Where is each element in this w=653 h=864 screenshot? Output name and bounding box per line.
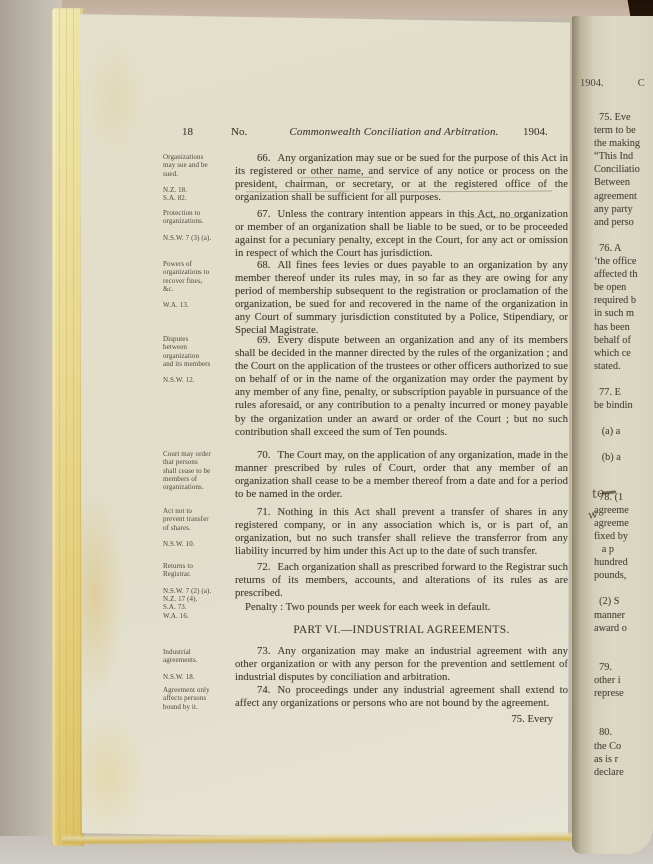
margin-note-68: Powers of organizations to recover fines… [163, 260, 231, 310]
section-number: 70. [257, 449, 271, 461]
section-73: 73.Any organization may make an industri… [235, 645, 568, 684]
margin-note-67: Protection to organizations. N.S.W. 7 (3… [163, 209, 231, 242]
scanned-page: 18 No. Commonwealth Conciliation and Arb… [78, 10, 570, 844]
part-heading: PART VI.—INDUSTRIAL AGREEMENTS. [235, 624, 568, 636]
running-header: 18 No. Commonwealth Conciliation and Arb… [78, 126, 570, 142]
section-number: 68. [257, 259, 271, 271]
pencil-underline [246, 189, 350, 193]
section-70: 70.The Court may, on the application of … [235, 449, 568, 501]
section-number: 69. [257, 334, 271, 346]
next-page-header: 1904. C [580, 78, 645, 89]
running-title: Commonwealth Conciliation and Arbitratio… [235, 126, 553, 138]
section-number: 74. [257, 684, 271, 696]
section-text: Nothing in this Act shall prevent a tran… [235, 506, 568, 557]
margin-note-69: Disputes between organization and its me… [163, 335, 231, 385]
section-number: 67. [257, 208, 271, 220]
margin-note-74: Agreement only affects persons bound by … [163, 686, 231, 711]
margin-note-73: Industrial agreements. N.S.W. 18. [163, 648, 231, 681]
margin-note-70: Court may order that persons shall cease… [163, 450, 231, 491]
section-number: 73. [257, 645, 271, 657]
section-69: 69.Every dispute between an organization… [235, 334, 568, 439]
yellowed-page-edges [52, 8, 84, 846]
section-text: Any organization may sue or be sued for … [235, 152, 568, 203]
year-label: 1904. [523, 126, 548, 138]
section-74: 74.No proceedings under any industrial a… [235, 684, 568, 710]
next-page-partial: 1904. C 75. Eve term to be the making “T… [572, 16, 653, 854]
section-text: All fines fees levies or dues payable to… [235, 259, 568, 336]
next-page-text: 75. Eve term to be the making “This Ind … [594, 111, 640, 779]
section-67: 67.Unless the contrary intention appears… [235, 208, 568, 260]
margin-note-72: Returns to Registrar. N.S.W. 7 (2) (a). … [163, 562, 231, 620]
section-68: 68.All fines fees levies or dues payable… [235, 259, 568, 338]
section-text: Every dispute between an organization an… [235, 334, 568, 438]
section-number: 71. [257, 506, 271, 518]
penalty-clause: Penalty : Two pounds per week for each w… [235, 601, 568, 614]
page-number: 18 [182, 126, 193, 138]
section-number: 66. [257, 152, 271, 164]
section-72: 72.Each organization shall as prescribed… [235, 561, 568, 614]
pencil-underline [300, 175, 374, 178]
paper-stain [84, 40, 144, 160]
catchword: 75. Every [235, 713, 553, 725]
section-66: 66.Any organization may sue or be sued f… [235, 152, 568, 204]
book-scan-photo: 18 No. Commonwealth Conciliation and Arb… [0, 0, 653, 864]
section-text: No proceedings under any industrial agre… [235, 684, 568, 709]
margin-note-66: Organizations may sue and be sued. N.Z. … [163, 153, 231, 203]
section-text: Any organization may make an industrial … [235, 645, 568, 683]
section-71: 71.Nothing in this Act shall prevent a t… [235, 506, 568, 558]
handwritten-annotation: to [591, 485, 605, 501]
section-number: 72. [257, 561, 271, 573]
margin-note-71: Act not to prevent transfer of shares. N… [163, 507, 231, 548]
section-text: Unless the contrary intention appears in… [235, 208, 568, 259]
section-text: The Court may, on the application of any… [235, 449, 568, 500]
section-text: Each organization shall as prescribed fo… [235, 561, 568, 599]
